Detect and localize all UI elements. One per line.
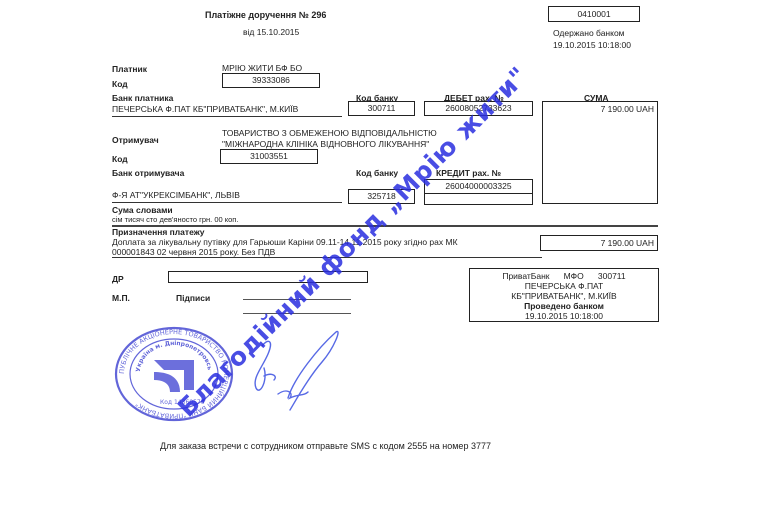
amount-words-value: сім тисяч сто дев'яносто грн. 00 коп. xyxy=(112,215,238,224)
signatures-label: Підписи xyxy=(176,293,210,303)
recipient-name-line1: ТОВАРИСТВО З ОБМЕЖЕНОЮ ВІДПОВІДАЛЬНІСТЮ xyxy=(222,128,437,138)
form-code-box: 0410001 xyxy=(548,6,640,22)
recipient-name-line2: "МІЖНАРОДНА КЛІНІКА ВІДНОВНОГО ЛІКУВАННЯ… xyxy=(222,139,429,149)
mp-label: М.П. xyxy=(112,293,130,303)
received-label: Одержано банком xyxy=(553,28,625,38)
recipient-bank-name: Ф-Я АТ"УКРЕКСІМБАНК", ЛЬВІВ xyxy=(112,190,240,200)
credit-account-extra-box xyxy=(424,192,533,205)
bank-stamp-box: ПриватБанк МФО 300711 ПЕЧЕРСЬКА Ф.ПАТ КБ… xyxy=(469,268,659,322)
payer-code-label: Код xyxy=(112,79,128,89)
document-date: від 15.10.2015 xyxy=(243,27,299,37)
payer-bank-label: Банк платника xyxy=(112,93,173,103)
purpose-label: Призначення платежу xyxy=(112,227,204,237)
received-datetime: 19.10.2015 10:18:00 xyxy=(553,40,631,50)
recipient-code-label: Код xyxy=(112,154,128,164)
amount-value: 7 190.00 UAH xyxy=(601,104,654,114)
payer-label: Платник xyxy=(112,64,147,74)
recipient-bank-underline xyxy=(112,202,342,203)
bank-stamp-processed-datetime: 19.10.2015 10:18:00 xyxy=(470,311,658,321)
purpose-line2: 000001843 02 червня 2015 року. Без ПДВ xyxy=(112,247,275,257)
recipient-bank-label: Банк отримувача xyxy=(112,168,184,178)
credit-label: КРЕДИТ рах. № xyxy=(436,168,501,178)
purpose-amount-box: 7 190.00 UAH xyxy=(540,235,658,251)
recipient-bank-code-label: Код банку xyxy=(356,168,398,178)
bank-stamp-bank-line: ПриватБанк МФО 300711 xyxy=(470,271,658,281)
recipient-label: Отримувач xyxy=(112,135,159,145)
payer-name: МРІЮ ЖИТИ БФ БО xyxy=(222,63,302,73)
recipient-code-box: 31003551 xyxy=(220,149,318,164)
payer-bank-name: ПЕЧЕРСЬКА Ф.ПАТ КБ"ПРИВАТБАНК", М.КИЇВ xyxy=(112,104,298,114)
bank-stamp-branch-line1: ПЕЧЕРСЬКА Ф.ПАТ xyxy=(470,281,658,291)
dr-label: ДР xyxy=(112,274,124,284)
amount-box: 7 190.00 UAH xyxy=(542,101,658,204)
payer-bank-underline xyxy=(112,116,342,117)
bank-stamp-processed-label: Проведено банком xyxy=(470,301,658,311)
bank-stamp-branch-line2: КБ"ПРИВАТБАНК", М.КИЇВ xyxy=(470,291,658,301)
payer-bank-code-box: 300711 xyxy=(348,101,415,116)
document-title: Платіжне доручення № 296 xyxy=(205,10,326,20)
payer-code-box: 39333086 xyxy=(222,73,320,88)
purpose-amount-value: 7 190.00 UAH xyxy=(601,238,654,248)
amount-words-label: Сума словами xyxy=(112,205,173,215)
sms-notice: Для заказа встречи с сотрудником отправь… xyxy=(160,441,491,451)
purpose-line1: Доплата за лікувальну путівку для Гарьюш… xyxy=(112,237,458,247)
